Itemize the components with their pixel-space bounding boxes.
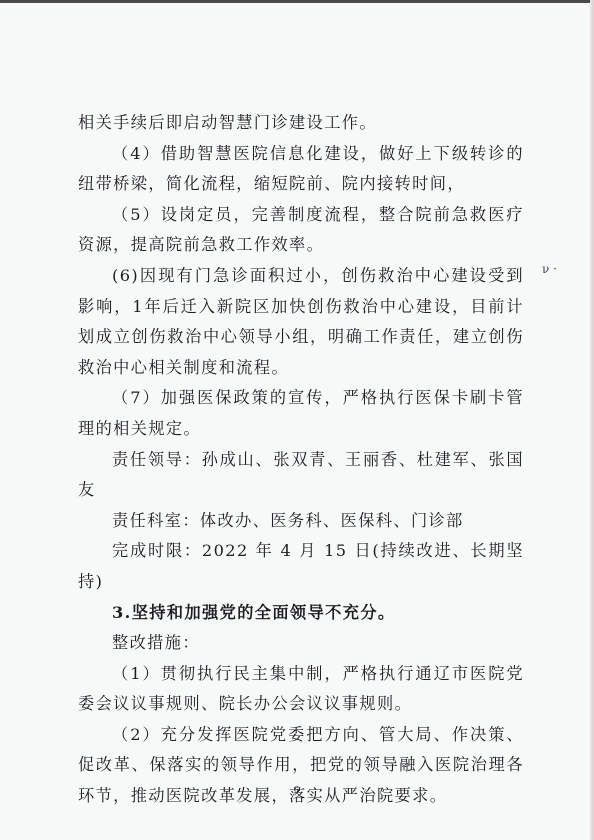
scan-artifact-mark: ν · (542, 262, 557, 276)
paragraph-item-5: （5）设岗定员，完善制度流程，整合院前急救医疗资源，提高院前急救工作效率。 (78, 200, 524, 261)
responsible-leaders: 责任领导：孙成山、张双青、王丽香、杜建军、张国友 (78, 445, 524, 506)
document-body: 相关手续后即启动智慧门诊建设工作。 （4）借助智慧医院信息化建设，做好上下级转诊… (78, 108, 524, 812)
measure-item-2: （2）充分发挥医院党委把方向、管大局、作决策、促改革、保落实的领导作用，把党的领… (78, 720, 524, 812)
scan-right-border (590, 0, 594, 840)
responsible-departments: 责任科室：体改办、医务科、医保科、门诊部 (78, 506, 524, 537)
paragraph-item-6: (6)因现有门急诊面积过小，创伤救治中心建设受到影响，1年后迁入新院区加快创伤救… (78, 261, 524, 383)
completion-deadline: 完成时限：2022 年 4 月 15 日(持续改进、长期坚持) (78, 536, 524, 597)
scan-top-border (0, 0, 594, 3)
paragraph-continuation: 相关手续后即启动智慧门诊建设工作。 (78, 108, 524, 139)
page-number: 5 (0, 785, 594, 795)
paragraph-item-4: （4）借助智慧医院信息化建设，做好上下级转诊的纽带桥梁，简化流程，缩短院前、院内… (78, 139, 524, 200)
rectification-measures-label: 整改措施： (78, 628, 524, 659)
section-heading-3: 3.坚持和加强党的全面领导不充分。 (78, 598, 524, 629)
measure-item-1: （1）贯彻执行民主集中制，严格执行通辽市医院党委会议议事规则、院长办公会议议事规… (78, 659, 524, 720)
paragraph-item-7: （7）加强医保政策的宣传，严格执行医保卡刷卡管理的相关规定。 (78, 383, 524, 444)
